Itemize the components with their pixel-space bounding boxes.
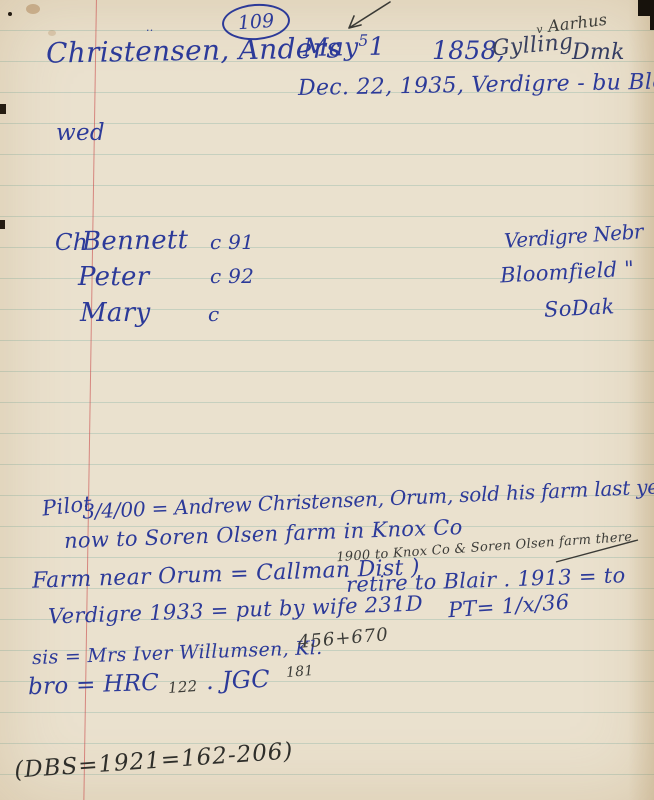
insert-caret: v xyxy=(536,23,544,37)
person-name: Christensen, Anders xyxy=(46,31,342,69)
note-line6a: bro = HRC xyxy=(28,670,160,701)
child-code-1: c 91 xyxy=(210,230,254,254)
birth-month: May xyxy=(303,32,359,62)
birth-day-superscript: 5 xyxy=(358,32,368,50)
child-code-3: c xyxy=(208,302,220,326)
note-line5b-pencil: 456+670 xyxy=(297,624,389,653)
birth-country: Dmk xyxy=(572,40,625,65)
child-name-1: Bennett xyxy=(82,225,189,257)
note-line6c: . JGC xyxy=(206,665,271,695)
page-number-text: 109 xyxy=(237,10,275,34)
child-name-2: Peter xyxy=(78,262,149,292)
note-line4a: Verdigre 1933 = put by wife 231D xyxy=(48,591,424,628)
note-line6d-pencil: 181 xyxy=(285,663,314,681)
edge-speck-1 xyxy=(0,104,6,114)
child-place-3: SoDak xyxy=(543,294,615,322)
birth-day: 1 xyxy=(368,32,385,61)
note-line6b-pencil: 122 xyxy=(167,677,198,697)
child-place-2: Bloomfield " xyxy=(499,257,634,288)
insert-place: Aarhus xyxy=(547,10,608,36)
child-code-2: c 92 xyxy=(210,264,254,288)
child-place-1: Verdigre Nebr xyxy=(503,219,643,253)
arrow-mark xyxy=(332,0,394,36)
stain-top-left-2 xyxy=(48,30,56,36)
edge-speck-3 xyxy=(8,12,12,16)
note-line5a: sis = Mrs Iver Willumsen, Kl. xyxy=(32,637,323,669)
note-line1: 3/4/00 = Andrew Christensen, Orum, sold … xyxy=(82,472,654,523)
child-name-3: Mary xyxy=(80,298,150,328)
ledger-page: 109 ·· Christensen, Anders May51 1858, G… xyxy=(0,0,654,800)
scan-edge-corner xyxy=(638,0,654,16)
wed-label: wed xyxy=(56,120,105,146)
pencil-slash xyxy=(552,536,642,566)
footer-reference: (DBS=1921=162-206) xyxy=(13,738,294,783)
birth-date: May51 xyxy=(303,31,385,62)
birth-place: Gylling xyxy=(491,29,574,61)
note-line4b: PT= 1/x/36 xyxy=(447,590,570,622)
death-line: Dec. 22, 1935, Verdigre - bu Bloomfield xyxy=(298,68,654,101)
stain-top-left xyxy=(26,4,40,14)
edge-speck-2 xyxy=(0,220,5,229)
scan-edge-strip xyxy=(650,16,654,30)
